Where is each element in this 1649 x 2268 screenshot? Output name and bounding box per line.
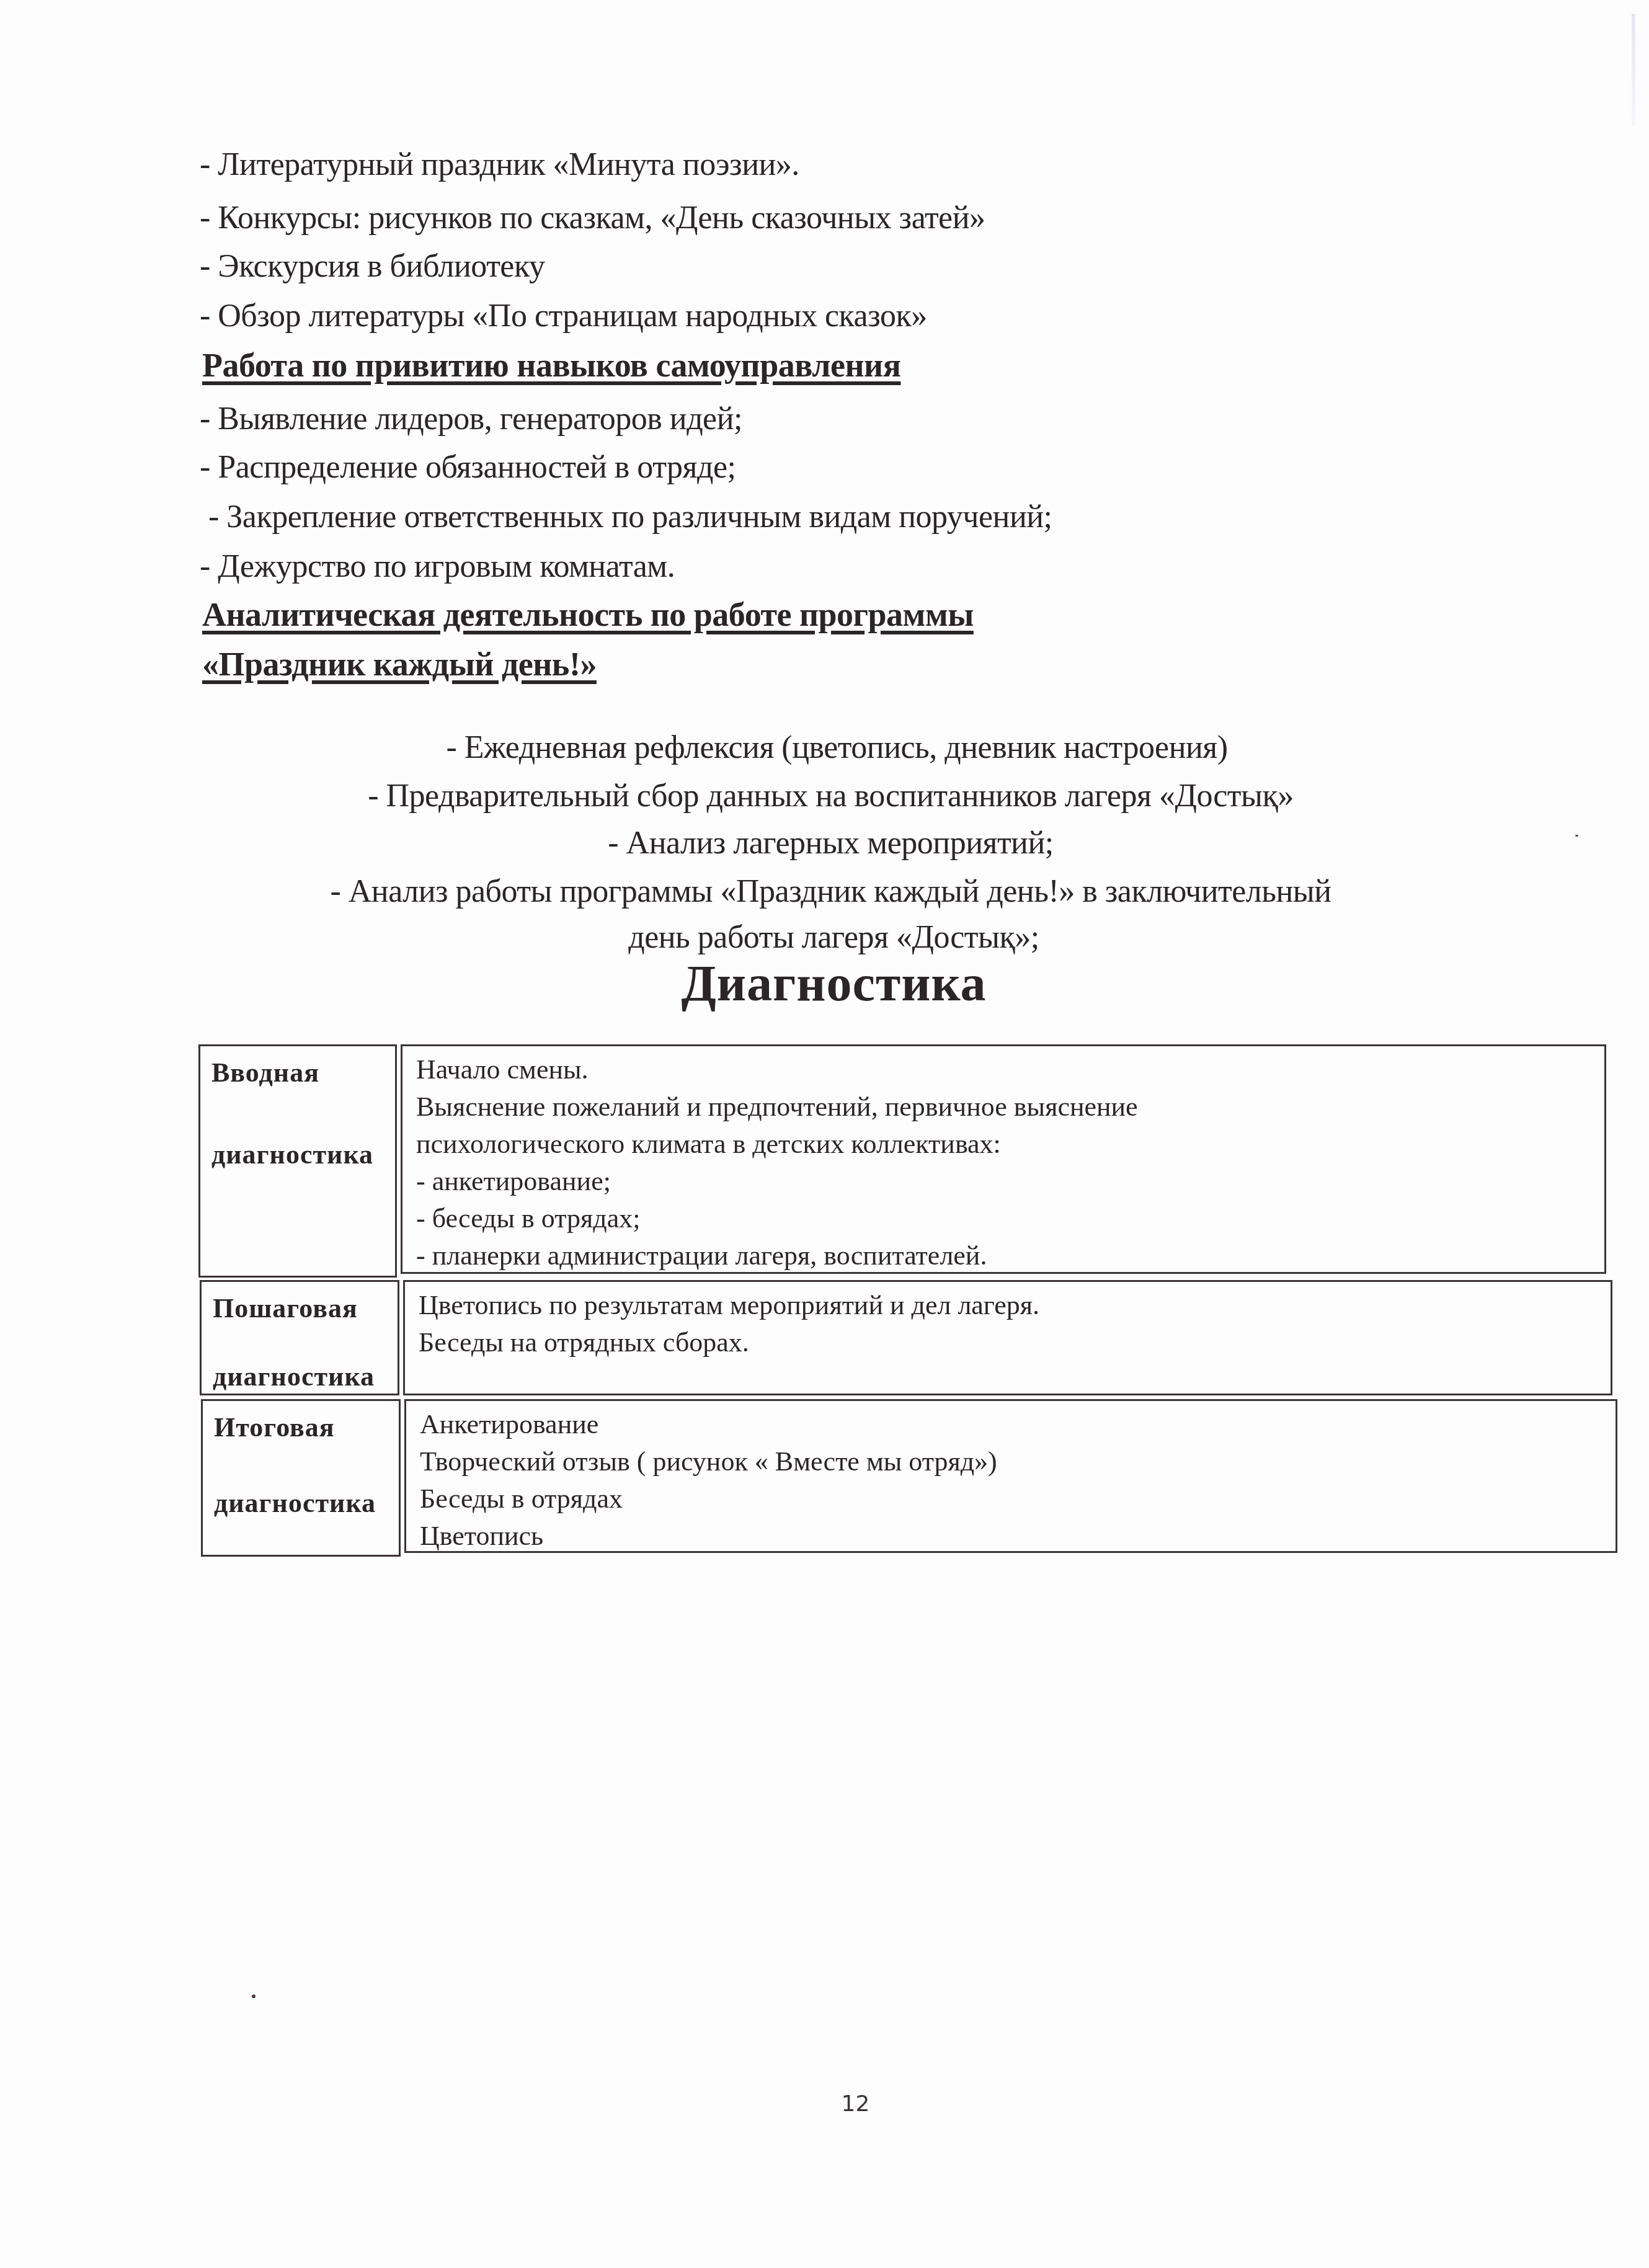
diagnostics-content-cell: Анкетирование Творческий отзыв ( рисунок… — [404, 1399, 1617, 1553]
diagnostics-label-bottom: диагностика — [214, 1485, 376, 1521]
section-heading-self-government: Работа по привитию навыков самоуправлени… — [202, 346, 900, 385]
list-item: - Закрепление ответственных по различным… — [208, 499, 1052, 536]
diagnostics-row-stepwise: Пошаговая диагностика Цветопись по резул… — [200, 1280, 1612, 1395]
scan-speck — [1575, 835, 1578, 837]
diagnostics-label-cell: Вводная диагностика — [198, 1044, 397, 1278]
list-item: - Выявление лидеров, генераторов идей; — [200, 401, 742, 438]
list-item: - Конкурсы: рисунков по сказкам, «День с… — [200, 200, 985, 237]
content-line: Цветопись — [420, 1518, 1616, 1555]
content-line: Беседы на отрядных сборах. — [419, 1324, 1611, 1361]
diagnostics-label-top: Пошаговая — [213, 1291, 398, 1327]
document-page: - Литературный праздник «Минута поэзии».… — [0, 0, 1649, 2268]
content-line: Беседы в отрядах — [420, 1480, 1616, 1518]
content-line: Творческий отзыв ( рисунок « Вместе мы о… — [420, 1443, 1616, 1480]
scan-edge-artifact — [1632, 14, 1635, 125]
content-line: Начало смены. — [416, 1051, 1604, 1088]
page-title: Диагностика — [0, 954, 1649, 1013]
list-item: - Анализ работы программы «Праздник кажд… — [0, 873, 1649, 910]
diagnostics-label-top: Итоговая — [214, 1410, 399, 1446]
list-item: - Ежедневная рефлексия (цветопись, дневн… — [0, 729, 1649, 767]
content-line: психологического климата в детских колле… — [416, 1126, 1604, 1163]
list-item: - Распределение обязанностей в отряде; — [200, 449, 736, 486]
diagnostics-label-bottom: диагностика — [213, 1359, 375, 1395]
list-item: - Литературный праздник «Минута поэзии». — [200, 146, 799, 184]
diagnostics-label-cell: Пошаговая диагностика — [200, 1280, 399, 1395]
content-line: - анкетирование; — [416, 1163, 1604, 1200]
content-line: Цветопись по результатам мероприятий и д… — [419, 1287, 1611, 1324]
list-item: - Предварительный сбор данных на воспита… — [0, 778, 1649, 815]
scan-speck — [252, 1995, 256, 1998]
diagnostics-label-top: Вводная — [211, 1055, 395, 1091]
list-item: - Обзор литературы «По страницам народны… — [200, 298, 927, 335]
list-item: - Дежурство по игровым комнатам. — [200, 548, 675, 585]
diagnostics-content-cell: Начало смены. Выяснение пожеланий и пред… — [401, 1044, 1606, 1274]
page-number: 12 — [0, 2091, 1649, 2117]
diagnostics-content-cell: Цветопись по результатам мероприятий и д… — [403, 1280, 1612, 1395]
diagnostics-label-cell: Итоговая диагностика — [201, 1399, 401, 1557]
diagnostics-row-final: Итоговая диагностика Анкетирование Творч… — [201, 1399, 1617, 1557]
diagnostics-row-intro: Вводная диагностика Начало смены. Выясне… — [198, 1044, 1606, 1278]
list-item: день работы лагеря «Достық»; — [0, 919, 1649, 956]
diagnostics-label-bottom: диагностика — [211, 1137, 373, 1173]
list-item: - Экскурсия в библиотеку — [200, 248, 544, 285]
content-line: Анкетирование — [420, 1406, 1616, 1443]
content-line: - планерки администрации лагеря, воспита… — [416, 1237, 1604, 1274]
content-line: - беседы в отрядах; — [416, 1200, 1604, 1237]
list-item: - Анализ лагерных мероприятий; — [0, 825, 1649, 862]
content-line: Выяснение пожеланий и предпочтений, перв… — [416, 1088, 1604, 1126]
section-heading-analytics: Аналитическая деятельность по работе про… — [202, 595, 974, 634]
section-heading-analytics-program: «Праздник каждый день!» — [202, 645, 597, 683]
